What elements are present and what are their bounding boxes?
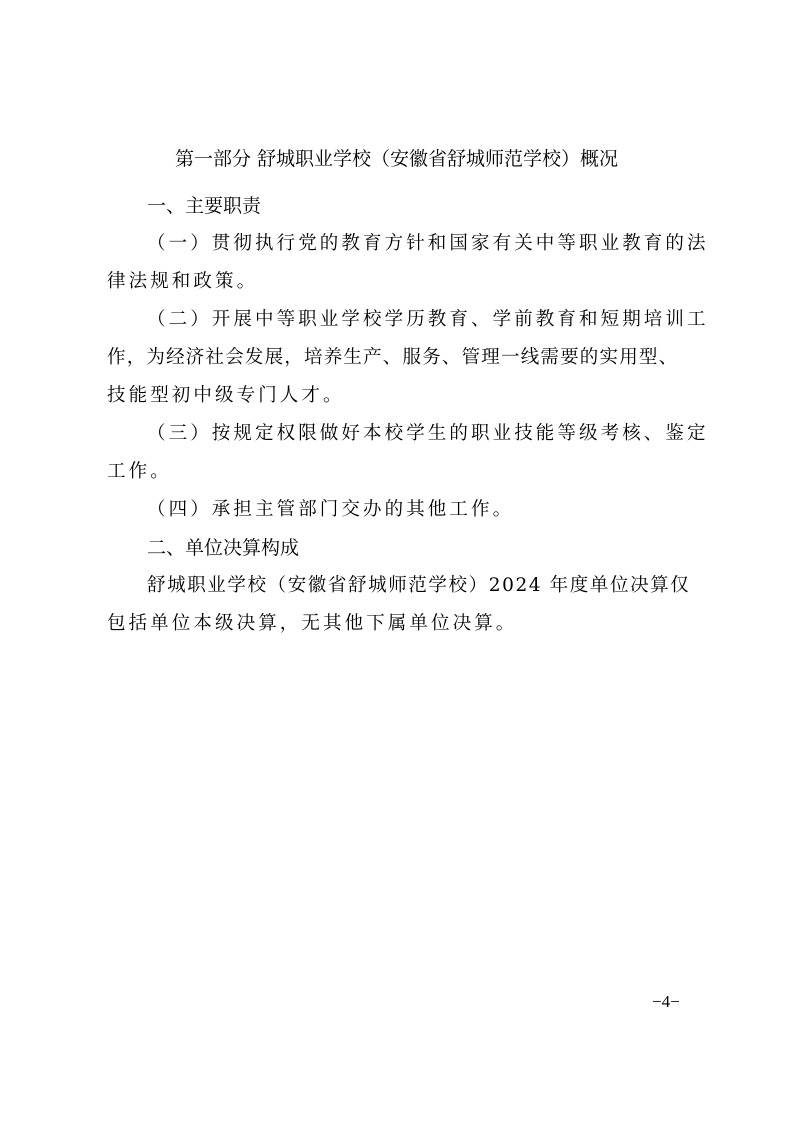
paragraph-line: 工作。 <box>107 458 172 486</box>
paragraph-line: 舒城职业学校（安徽省舒城师范学校）2024 年度单位决算仅 <box>147 572 690 600</box>
paragraph-line: 作，为经济社会发展，培养生产、服务、管理一线需要的实用型、 <box>107 344 678 372</box>
paragraph-line: （一）贯彻执行党的教育方针和国家有关中等职业教育的法 <box>147 230 709 258</box>
paragraph-line: （三）按规定权限做好本校学生的职业技能等级考核、鉴定 <box>147 420 709 448</box>
paragraph-line: 包括单位本级决算，无其他下属单位决算。 <box>107 610 517 638</box>
section-heading-main-duties: 一、主要职责 <box>147 192 261 220</box>
paragraph-line: 技能型初中级专门人才。 <box>107 382 345 410</box>
page-title: 第一部分 舒城职业学校（安徽省舒城师范学校）概况 <box>0 145 793 173</box>
paragraph-line: （四）承担主管部门交办的其他工作。 <box>147 496 514 524</box>
paragraph-line: （二）开展中等职业学校学历教育、学前教育和短期培训工 <box>147 306 709 334</box>
paragraph-line: 律法规和政策。 <box>107 268 258 296</box>
section-heading-budget-composition: 二、单位决算构成 <box>147 534 299 562</box>
document-page: 第一部分 舒城职业学校（安徽省舒城师范学校）概况 一、主要职责 （一）贯彻执行党… <box>0 0 793 1122</box>
page-number: −4− <box>652 990 680 1014</box>
